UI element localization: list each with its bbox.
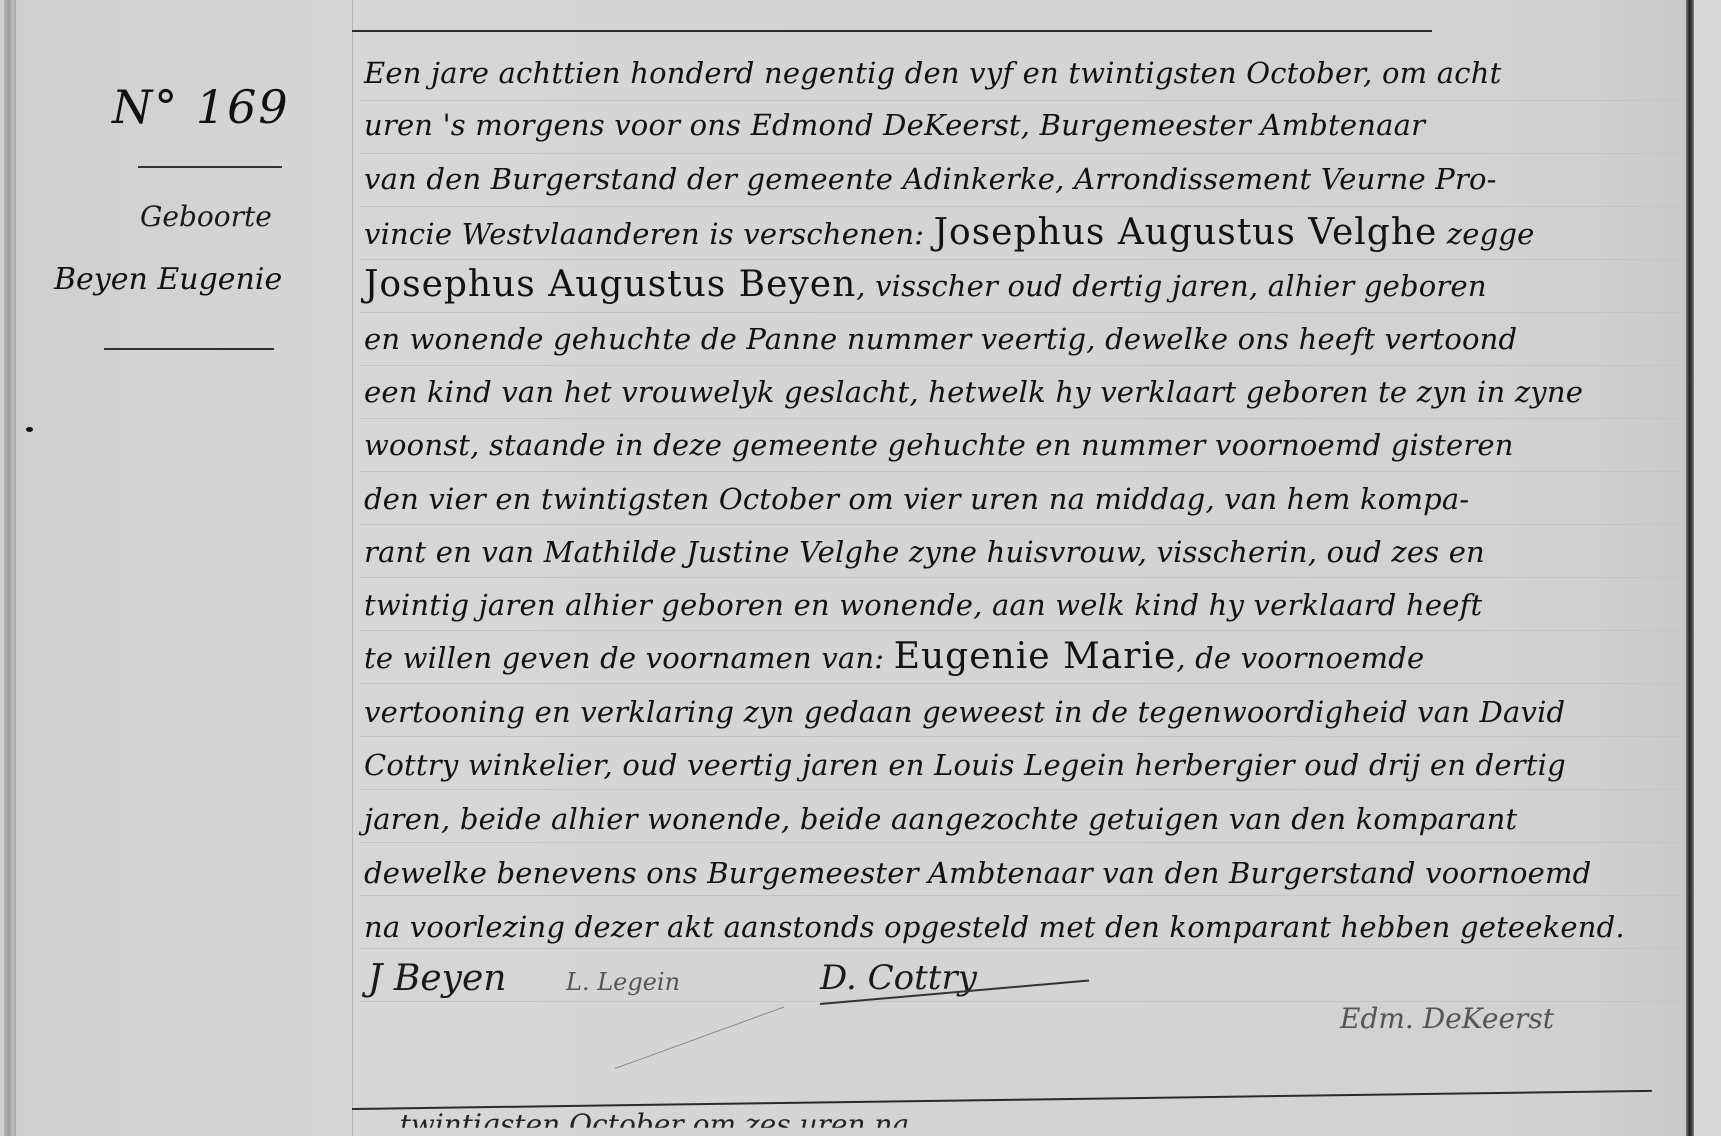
ruled-guide-line [360,948,1680,949]
body-line-9: den vier en twintigsten October om vier … [364,482,1469,516]
body-line-11: twintig jaren alhier geboren en wonende,… [364,588,1482,622]
body-line-15: jaren, beide alhier wonende, beide aange… [364,802,1517,836]
ruled-guide-line [360,524,1680,525]
margin-divider [104,348,274,350]
register-page: N° 169 Geboorte Beyen Eugenie Een jare a… [0,0,1721,1136]
body-text: zegge [1447,217,1535,251]
body-line-1: Een jare achttien honderd negentig den v… [364,56,1501,90]
ruled-guide-line [360,895,1680,896]
ruled-guide-line [360,365,1680,366]
body-text: vincie Westvlaanderen is verschenen: [364,217,924,251]
page-edge [1686,0,1694,1136]
ruled-guide-line [360,630,1680,631]
body-line-12: te willen geven de voornamen van: Eugeni… [364,640,1424,675]
entry-separator-top [352,30,1432,32]
ruled-guide-line [360,577,1680,578]
ruled-guide-line [360,153,1680,154]
ruled-guide-line [360,312,1680,313]
ruled-guide-line [360,259,1680,260]
child-given-names: Eugenie Marie [894,636,1177,677]
signature-legein: L. Legein [566,968,680,996]
body-line-7: een kind van het vrouwelyk geslacht, het… [364,375,1583,409]
body-line-16: dewelke benevens ons Burgemeester Ambten… [364,856,1591,890]
body-line-4: vincie Westvlaanderen is verschenen: Jos… [364,216,1534,251]
book-binding-gutter [4,0,16,1136]
signature-flourish [615,1006,784,1069]
body-line-10: rant en van Mathilde Justine Velghe zyne… [364,535,1485,569]
declarant-alias-name: Josephus Augustus Velghe [934,212,1438,253]
body-line-14: Cottry winkelier, oud veertig jaren en L… [364,748,1566,782]
body-line-6: en wonende gehuchte de Panne nummer veer… [364,322,1517,356]
ruled-guide-line [360,789,1680,790]
subject-name: Beyen Eugenie [54,262,282,297]
body-line-13: vertooning en verklaring zyn gedaan gewe… [364,695,1565,729]
signature-beyen: J Beyen [368,958,506,999]
signature-dekeerst: Edm. DeKeerst [1340,1002,1554,1035]
next-entry-fragment: ... twintigsten October om zes uren na [364,1108,909,1136]
ruled-guide-line [360,683,1680,684]
ruled-guide-line [360,471,1680,472]
record-type-label: Geboorte [140,200,272,233]
ruled-guide-line [360,842,1680,843]
margin-rule [352,0,353,1136]
body-line-5: Josephus Augustus Beyen, visscher oud de… [364,268,1487,303]
adjacent-page-strip [1694,0,1721,1136]
entry-separator-bottom [352,1090,1652,1110]
ink-spot [26,427,33,432]
declarant-name: Josephus Augustus Beyen [364,264,856,305]
ruled-guide-line [360,418,1680,419]
body-text: , visscher oud dertig jaren, alhier gebo… [856,269,1486,303]
ruled-guide-line [360,736,1680,737]
body-line-17: na voorlezing dezer akt aanstonds opgest… [364,910,1625,944]
ruled-guide-line [360,206,1680,207]
entry-number: N° 169 [112,80,290,134]
body-text: te willen geven de voornamen van: [364,641,884,675]
body-line-3: van den Burgerstand der gemeente Adinker… [364,162,1497,196]
body-text: , de voornoemde [1176,641,1424,675]
ruled-guide-line [360,100,1680,101]
body-line-2: uren 's morgens voor ons Edmond DeKeerst… [364,108,1425,142]
margin-divider [138,166,282,168]
body-line-8: woonst, staande in deze gemeente gehucht… [364,428,1514,462]
